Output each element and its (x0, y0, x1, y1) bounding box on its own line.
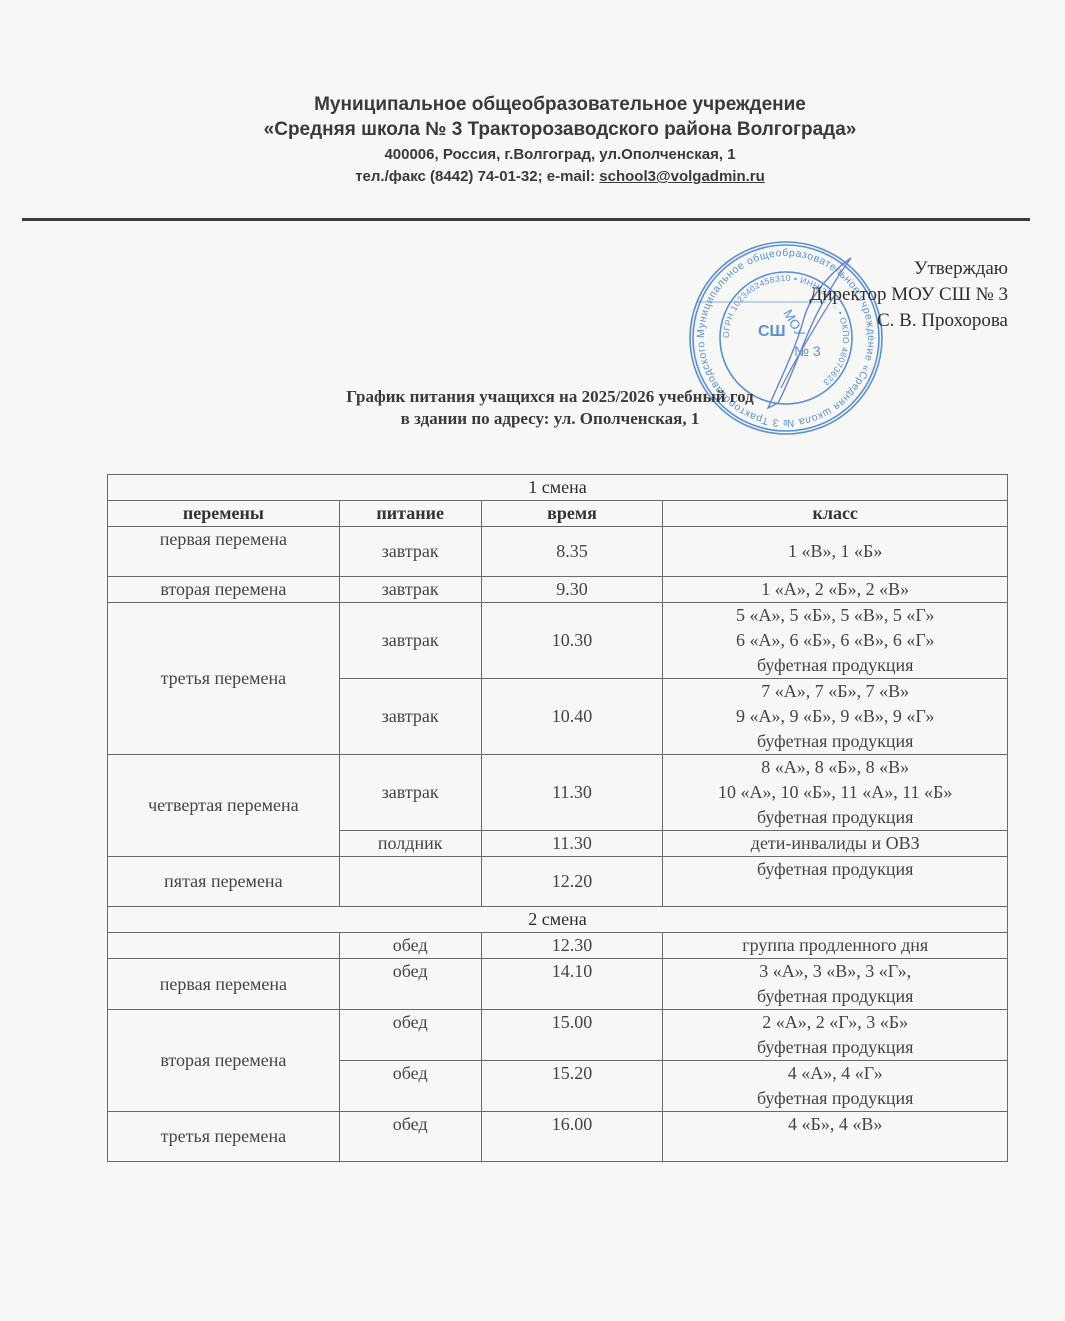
title-line-1: График питания учащихся на 2025/2026 уче… (240, 386, 860, 408)
class-cell: 3 «А», 3 «В», 3 «Г», буфетная продукция (663, 959, 1008, 1010)
meal-cell: завтрак (339, 679, 481, 755)
time-cell: 11.30 (481, 755, 663, 831)
class-line: 6 «А», 6 «Б», 6 «В», 6 «Г» (667, 628, 1003, 653)
table-row: первая перемена обед 14.10 3 «А», 3 «В»,… (108, 959, 1008, 1010)
break-cell: вторая перемена (108, 1010, 340, 1112)
break-cell (108, 933, 340, 959)
time-cell: 12.30 (481, 933, 663, 959)
time-cell: 10.30 (481, 603, 663, 679)
title-line-2: в здании по адресу: ул. Ополченская, 1 (240, 408, 860, 430)
school-name: «Средняя школа № 3 Тракторозаводского ра… (0, 117, 1065, 142)
shift-2-label: 2 смена (108, 907, 1008, 933)
email-link[interactable]: school3@volgadmin.ru (599, 168, 764, 185)
approval-block: Утверждаю Директор МОУ СШ № 3 С. В. Прох… (809, 256, 1008, 334)
time-cell: 8.35 (481, 527, 663, 577)
meal-cell: полдник (339, 831, 481, 857)
time-cell: 15.20 (481, 1061, 663, 1112)
institution-name: Муниципальное общеобразовательное учрежд… (0, 92, 1065, 117)
class-line: буфетная продукция (667, 653, 1003, 678)
class-line: 4 «А», 4 «Г» (667, 1061, 1003, 1086)
table-row: вторая перемена обед 15.00 2 «А», 2 «Г»,… (108, 1010, 1008, 1061)
header-meal: питание (339, 501, 481, 527)
class-line: 3 «А», 3 «В», 3 «Г», (667, 959, 1003, 984)
class-cell: 4 «Б», 4 «В» (663, 1112, 1008, 1162)
meal-cell: обед (339, 959, 481, 1010)
table-row: вторая перемена завтрак 9.30 1 «А», 2 «Б… (108, 577, 1008, 603)
class-line: буфетная продукция (667, 729, 1003, 754)
class-cell: буфетная продукция (663, 857, 1008, 907)
header-breaks: перемены (108, 501, 340, 527)
document-title: График питания учащихся на 2025/2026 уче… (240, 386, 860, 430)
meal-cell: завтрак (339, 577, 481, 603)
table-row: третья перемена обед 16.00 4 «Б», 4 «В» (108, 1112, 1008, 1162)
time-cell: 9.30 (481, 577, 663, 603)
class-line: 7 «А», 7 «Б», 7 «В» (667, 679, 1003, 704)
letterhead-divider (22, 218, 1030, 221)
break-cell: третья перемена (108, 603, 340, 755)
class-line: буфетная продукция (667, 805, 1003, 830)
school-address: 400006, Россия, г.Волгоград, ул.Ополченс… (0, 144, 1065, 166)
class-cell: 4 «А», 4 «Г» буфетная продукция (663, 1061, 1008, 1112)
shift-2-header: 2 смена (108, 907, 1008, 933)
meal-cell: завтрак (339, 603, 481, 679)
svg-text:СШ: СШ (758, 323, 786, 340)
class-cell: 5 «А», 5 «Б», 5 «В», 5 «Г» 6 «А», 6 «Б»,… (663, 603, 1008, 679)
letterhead: Муниципальное общеобразовательное учрежд… (0, 92, 1065, 188)
class-line: 2 «А», 2 «Г», 3 «Б» (667, 1010, 1003, 1035)
class-cell: 7 «А», 7 «Б», 7 «В» 9 «А», 9 «Б», 9 «В»,… (663, 679, 1008, 755)
meal-cell: обед (339, 1061, 481, 1112)
table-row: четвертая перемена завтрак 11.30 8 «А», … (108, 755, 1008, 831)
shift-1-header: 1 смена (108, 475, 1008, 501)
break-cell: пятая перемена (108, 857, 340, 907)
time-cell: 11.30 (481, 831, 663, 857)
header-class: класс (663, 501, 1008, 527)
table-row: третья перемена завтрак 10.30 5 «А», 5 «… (108, 603, 1008, 679)
school-contacts: тел./факс (8442) 74-01-32; e-mail: schoo… (0, 166, 1065, 188)
shift-1-label: 1 смена (108, 475, 1008, 501)
class-cell: группа продленного дня (663, 933, 1008, 959)
class-cell: дети-инвалиды и ОВЗ (663, 831, 1008, 857)
meal-cell: завтрак (339, 755, 481, 831)
break-cell: третья перемена (108, 1112, 340, 1162)
meal-cell: завтрак (339, 527, 481, 577)
meal-cell: обед (339, 1112, 481, 1162)
break-cell: первая перемена (108, 959, 340, 1010)
class-line: 5 «А», 5 «Б», 5 «В», 5 «Г» (667, 603, 1003, 628)
column-headers: перемены питание время класс (108, 501, 1008, 527)
table-row: обед 12.30 группа продленного дня (108, 933, 1008, 959)
meal-cell: обед (339, 933, 481, 959)
header-time: время (481, 501, 663, 527)
time-cell: 10.40 (481, 679, 663, 755)
table-row: первая перемена завтрак 8.35 1 «В», 1 «Б… (108, 527, 1008, 577)
class-line: 8 «А», 8 «Б», 8 «В» (667, 755, 1003, 780)
class-line: буфетная продукция (667, 1035, 1003, 1060)
time-cell: 12.20 (481, 857, 663, 907)
class-cell: 8 «А», 8 «Б», 8 «В» 10 «А», 10 «Б», 11 «… (663, 755, 1008, 831)
break-cell: первая перемена (108, 527, 340, 577)
class-line: буфетная продукция (667, 984, 1003, 1009)
time-cell: 16.00 (481, 1112, 663, 1162)
class-line: буфетная продукция (667, 1086, 1003, 1111)
class-cell: 1 «В», 1 «Б» (663, 527, 1008, 577)
time-cell: 14.10 (481, 959, 663, 1010)
approval-heading: Утверждаю (809, 256, 1008, 282)
class-line: 10 «А», 10 «Б», 11 «А», 11 «Б» (667, 780, 1003, 805)
class-cell: 1 «А», 2 «Б», 2 «В» (663, 577, 1008, 603)
approval-position: Директор МОУ СШ № 3 (809, 282, 1008, 308)
meal-cell (339, 857, 481, 907)
break-cell: четвертая перемена (108, 755, 340, 857)
meal-schedule-table: 1 смена перемены питание время класс пер… (107, 474, 1008, 1162)
phone-fax: тел./факс (8442) 74-01-32; e-mail: (355, 168, 599, 185)
meal-cell: обед (339, 1010, 481, 1061)
table-row: пятая перемена 12.20 буфетная продукция (108, 857, 1008, 907)
class-line: 9 «А», 9 «Б», 9 «В», 9 «Г» (667, 704, 1003, 729)
time-cell: 15.00 (481, 1010, 663, 1061)
break-cell: вторая перемена (108, 577, 340, 603)
class-cell: 2 «А», 2 «Г», 3 «Б» буфетная продукция (663, 1010, 1008, 1061)
approval-signatory: С. В. Прохорова (809, 308, 1008, 334)
